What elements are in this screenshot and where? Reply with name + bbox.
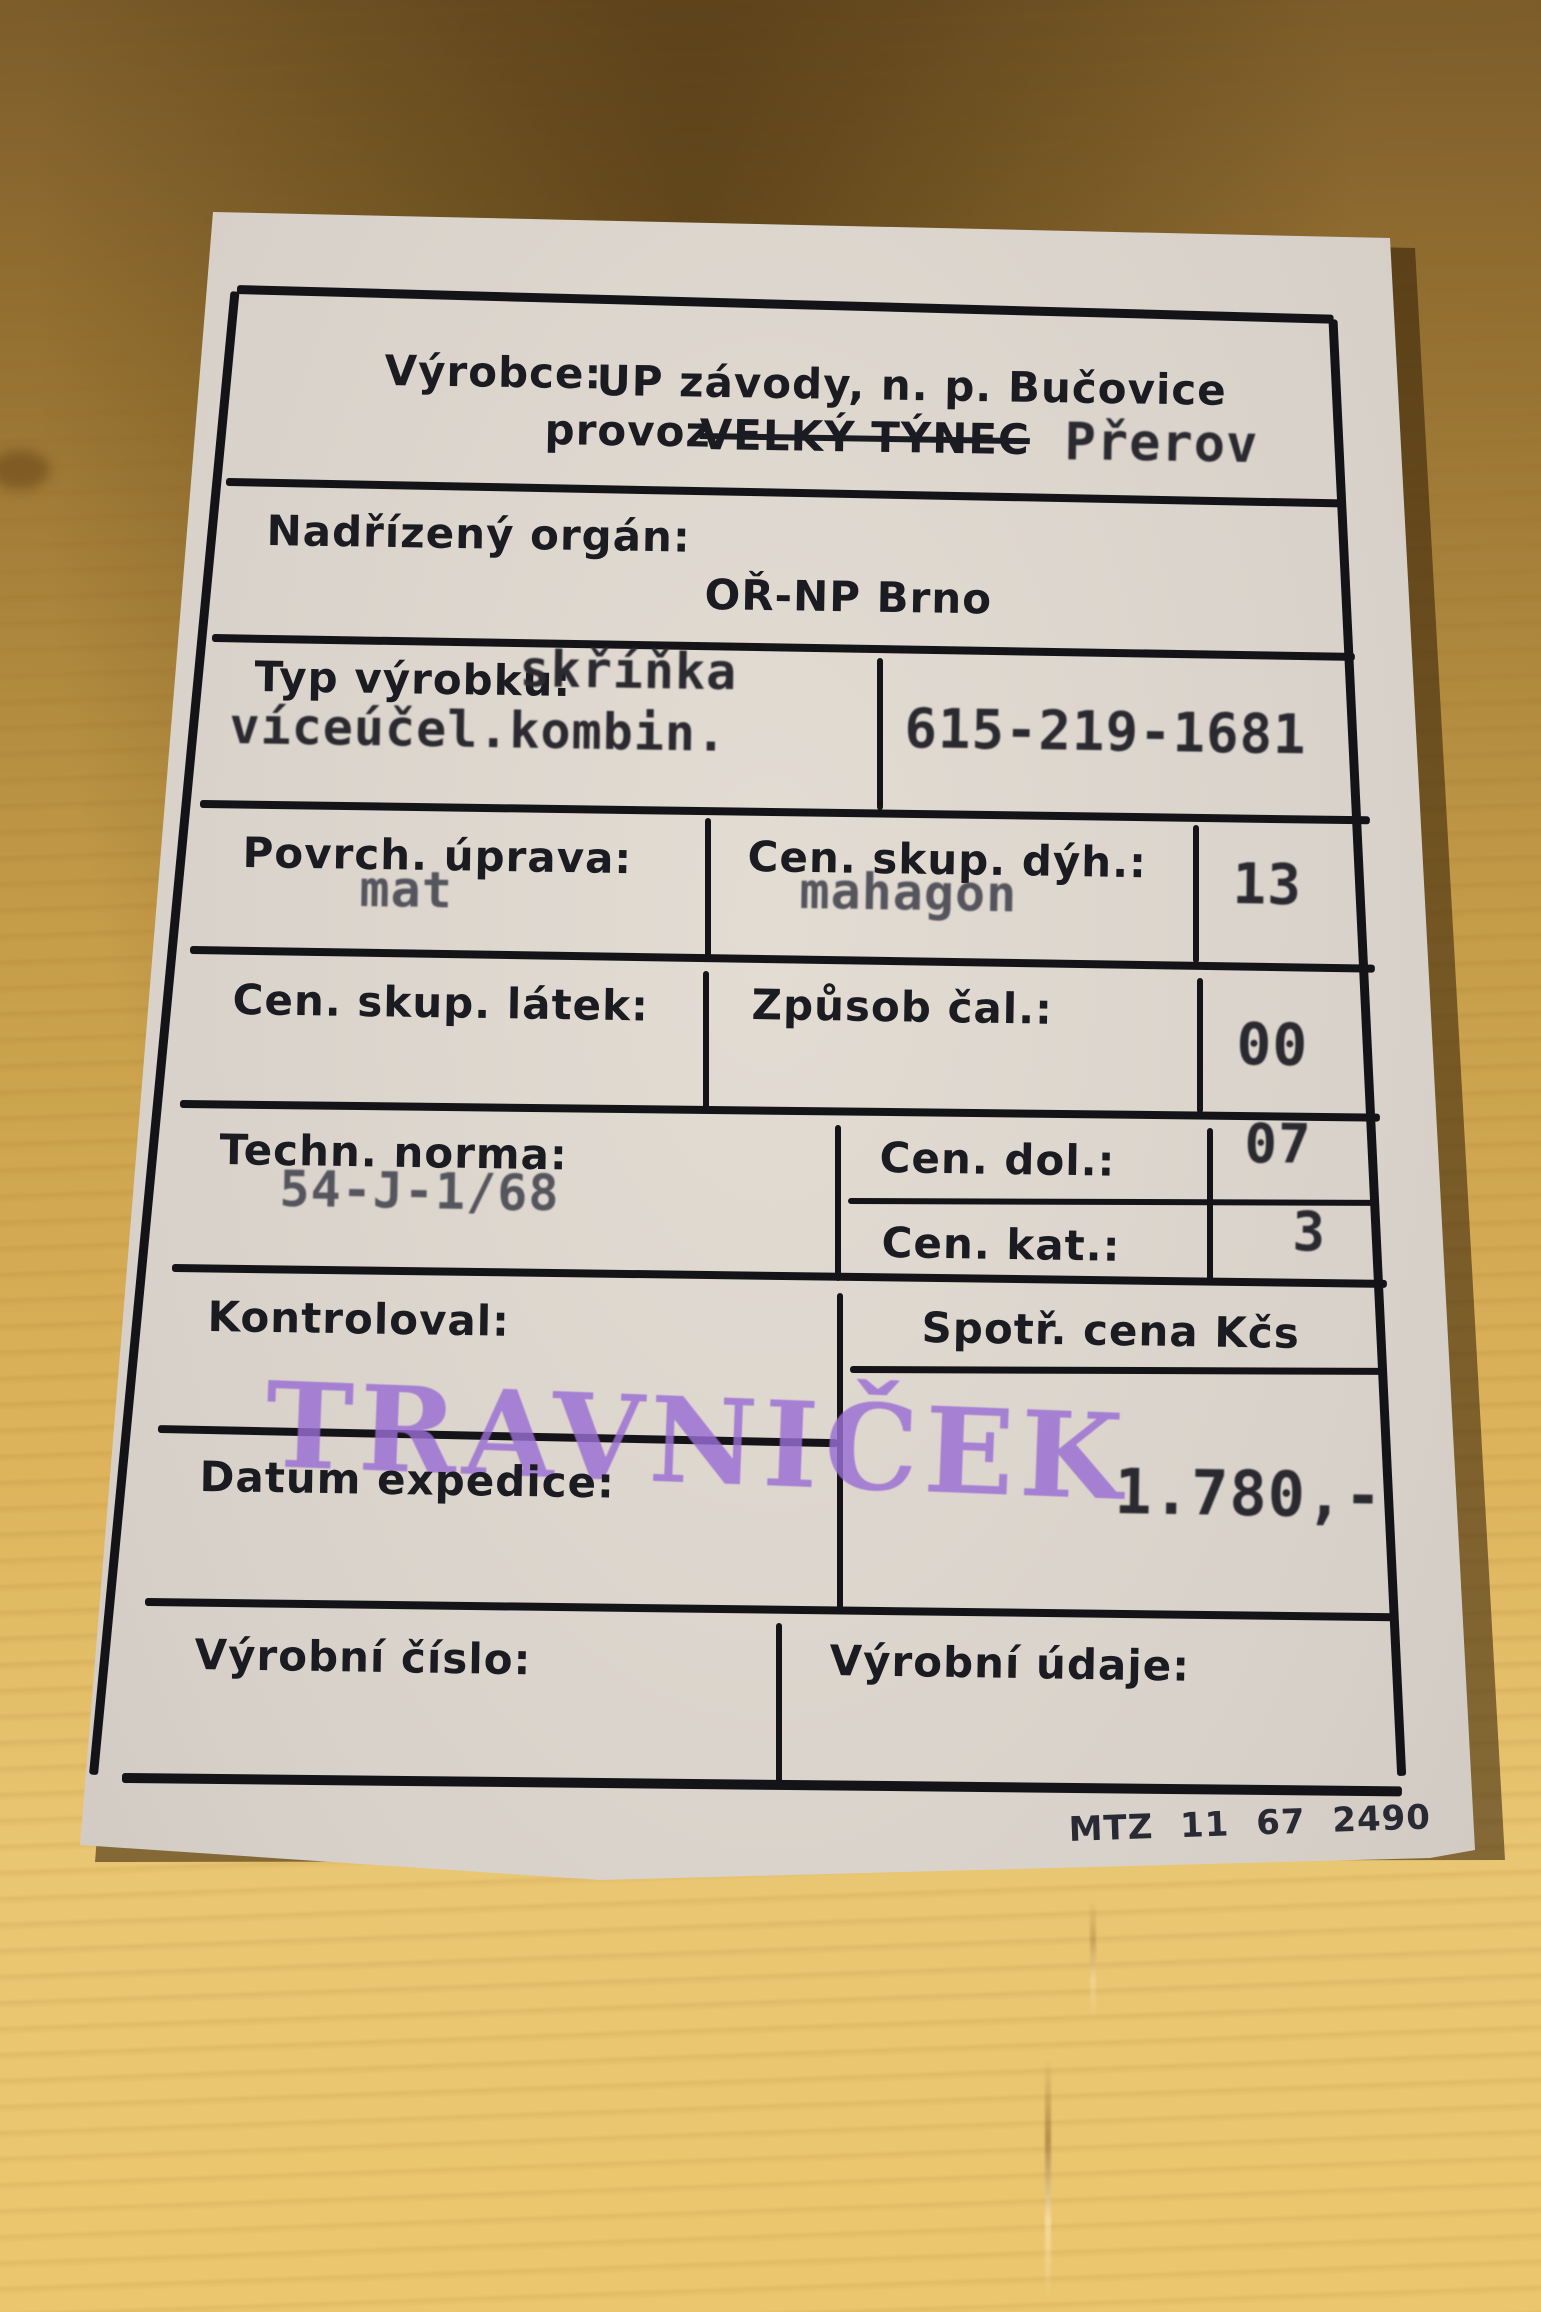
plant-value-struck: VELKÝ TÝNEC [699, 410, 1030, 464]
consumer-price-label: Spotř. cena Kčs [921, 1303, 1300, 1358]
production-data-label: Výrobní údaje: [829, 1636, 1190, 1691]
product-code: 615-219-1681 [904, 697, 1307, 766]
manufacturer-value: UP závody, n. p. Bučovice [596, 356, 1227, 415]
wood-crack [1045, 2060, 1051, 2300]
tech-norm-value: 54-J-1/68 [279, 1160, 560, 1222]
vdivider-fabric-1 [703, 971, 709, 1111]
vdivider-tech-2 [1207, 1128, 1213, 1284]
wood-knot [0, 450, 50, 490]
wood-crack [1090, 1900, 1096, 2020]
fabric-group-label: Cen. skup. látek: [232, 975, 649, 1031]
vdivider-surface-1 [705, 818, 711, 958]
vdivider-tech-1 [835, 1125, 841, 1281]
product-type-value-line2: víceúčel.kombin. [229, 697, 727, 763]
superior-body-label: Nadřízený orgán: [266, 506, 691, 562]
vdivider-serial [776, 1623, 782, 1783]
upholstery-method-number: 00 [1236, 1010, 1309, 1079]
inspected-by-label: Kontroloval: [207, 1292, 510, 1346]
vdivider-product-code [877, 658, 883, 810]
manufacturer-label: Výrobce: [384, 346, 602, 398]
price-surcharge-label: Cen. dol.: [879, 1133, 1116, 1186]
consumer-price-value: 1.780,- [1114, 1455, 1383, 1532]
vdivider-fabric-2 [1197, 978, 1203, 1113]
serial-number-label: Výrobní číslo: [194, 1630, 532, 1684]
price-surcharge-value: 07 [1244, 1112, 1312, 1176]
dispatch-date-label: Datum expedice: [199, 1452, 615, 1508]
vdivider-surface-2 [1193, 825, 1199, 963]
price-catalog-label: Cen. kat.: [881, 1218, 1121, 1271]
plant-value-typed: Přerov [1064, 412, 1259, 475]
veneer-group-number: 13 [1232, 852, 1302, 918]
veneer-group-value: mahagon [799, 862, 1018, 923]
product-type-value-line1: skříňka [519, 640, 738, 701]
upholstery-method-label: Způsob čal.: [751, 980, 1053, 1034]
price-catalog-value: 3 [1292, 1200, 1327, 1264]
plant-label: provoz [544, 405, 711, 457]
superior-body-value: OŘ-NP Brno [704, 570, 992, 624]
surface-finish-value: mat [359, 860, 453, 919]
